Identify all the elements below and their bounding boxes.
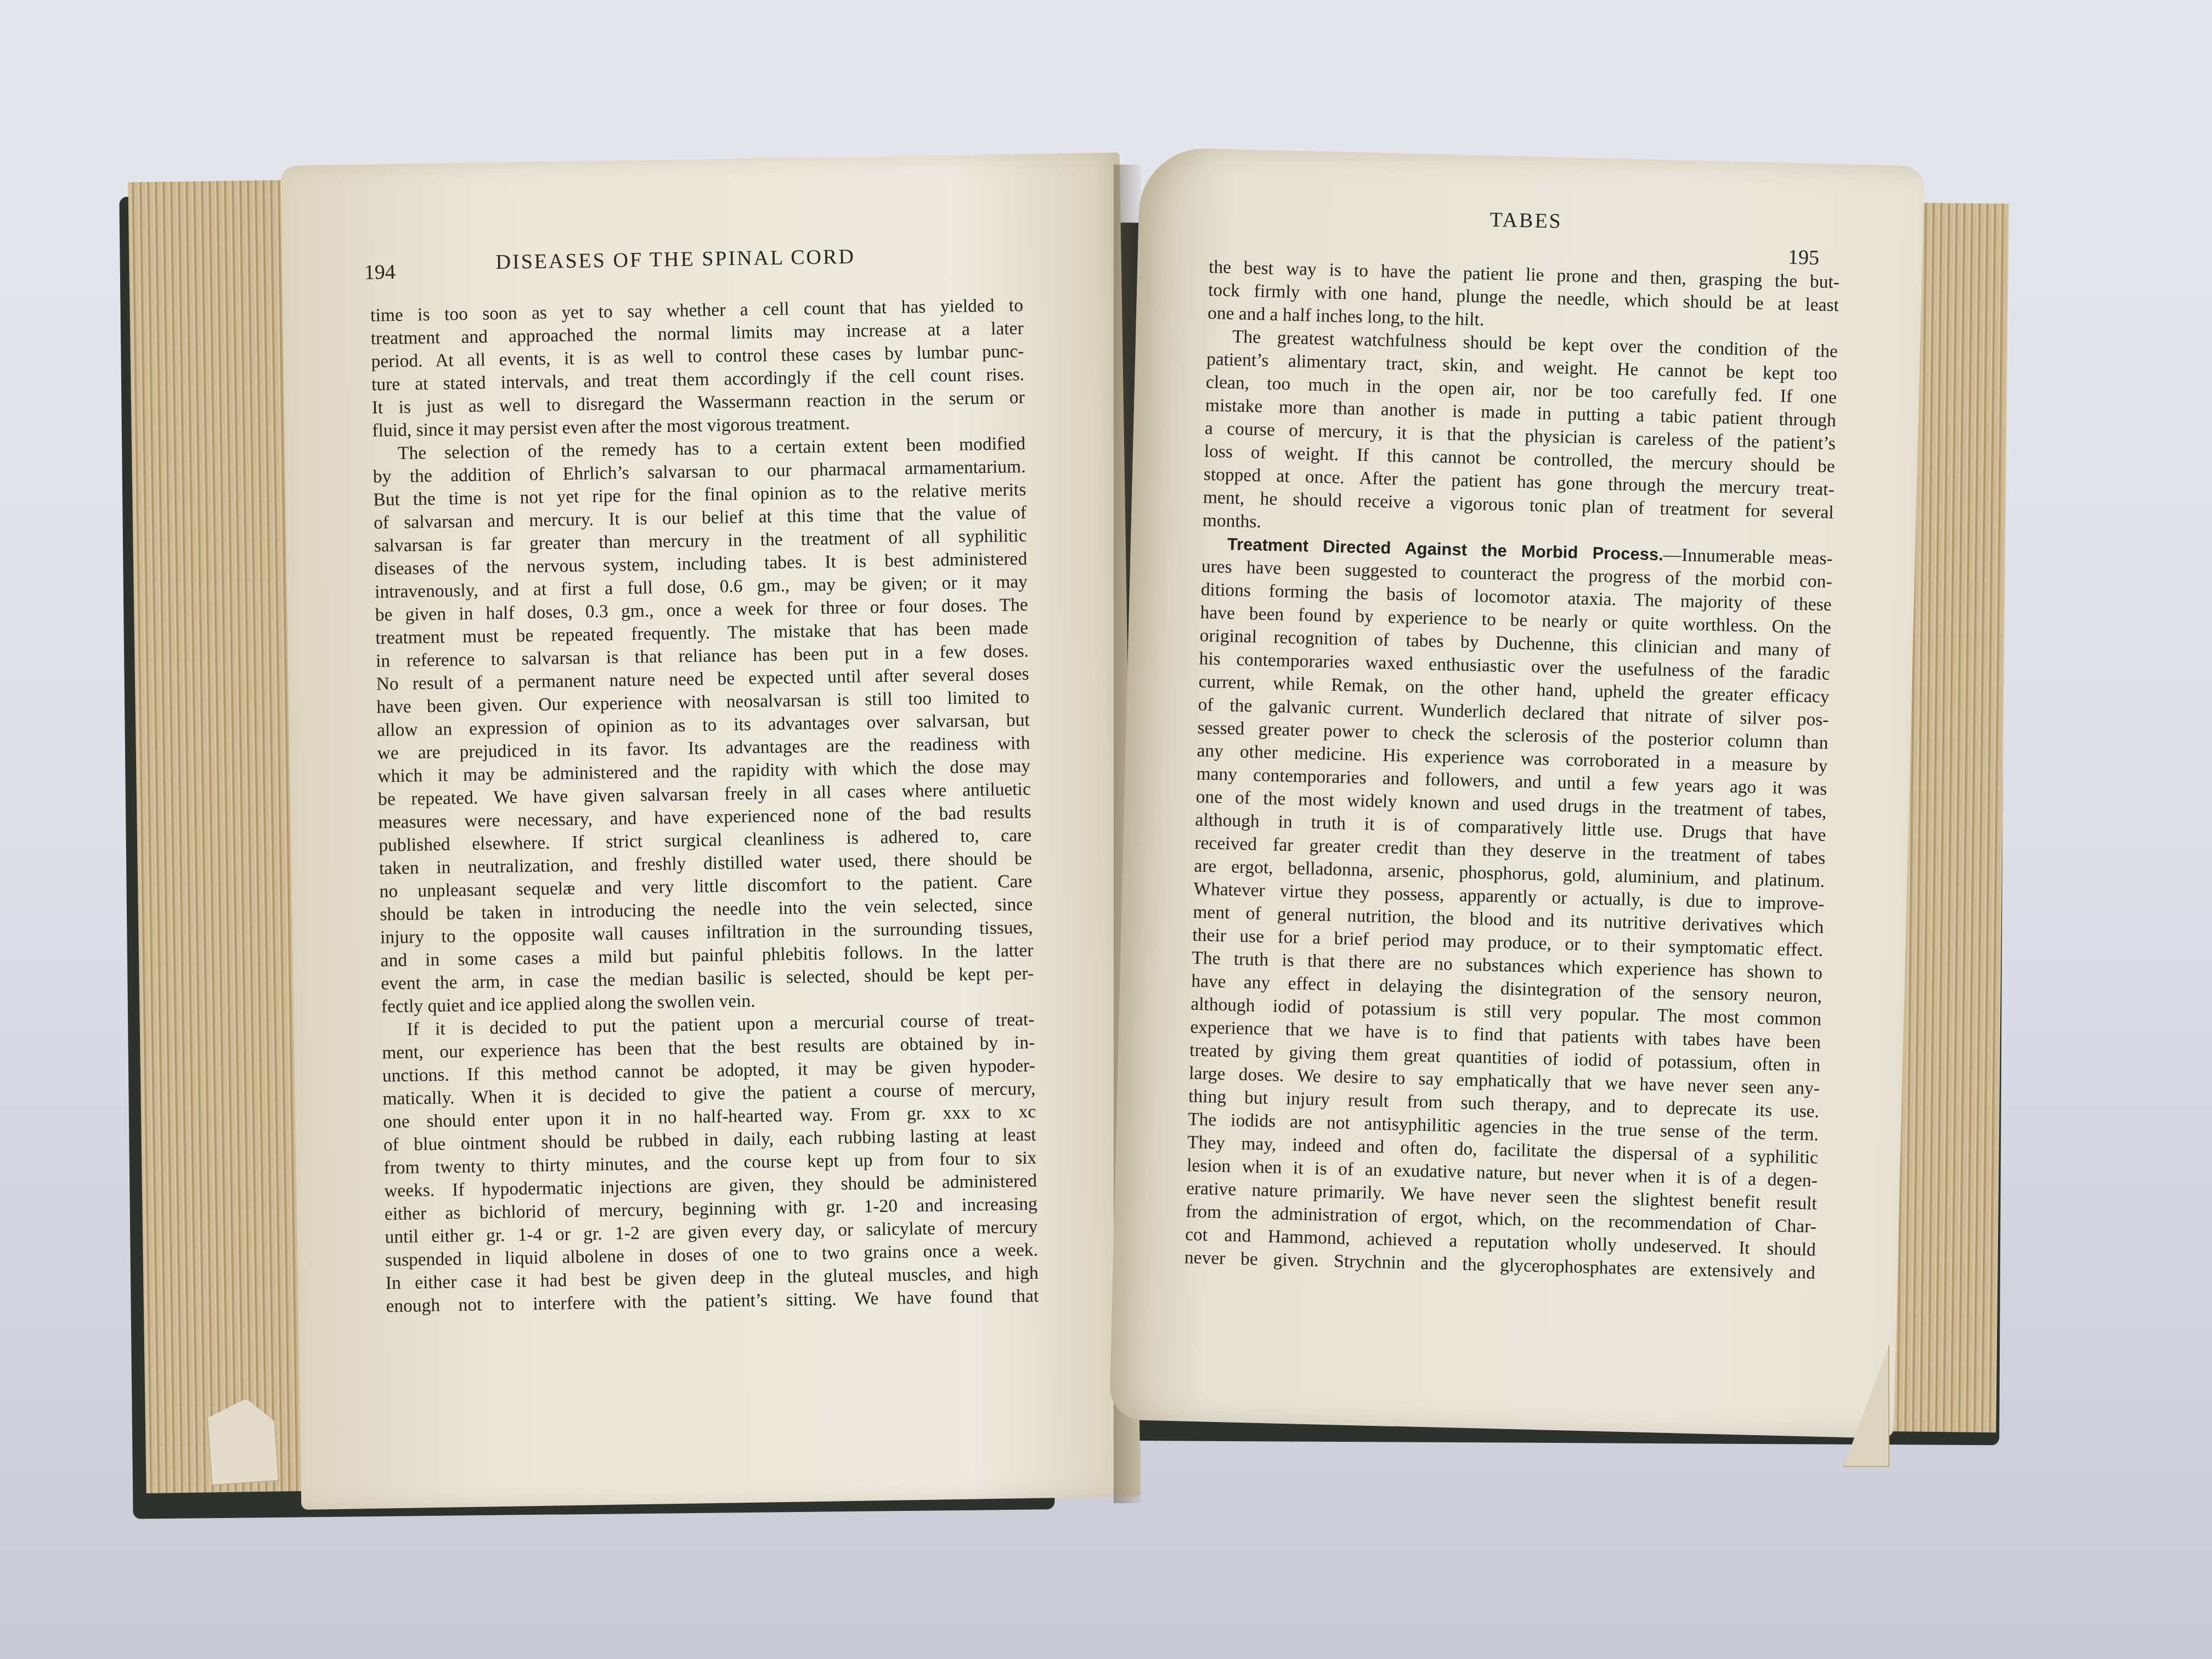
running-head-left: DISEASES OF THE SPINAL CORD	[495, 245, 855, 274]
left-page-body: time is too soon as yet to say whether a…	[370, 294, 1039, 1318]
right-page: TABES 195 the best way is to have the pa…	[1109, 147, 1925, 1438]
open-book-photo: 194 DISEASES OF THE SPINAL CORD time is …	[0, 0, 2212, 1659]
right-page-body: the best way is to have the patient lie …	[1184, 256, 1840, 1285]
page-number-left: 194	[364, 260, 396, 285]
running-head-right: TABES	[1489, 207, 1562, 233]
left-page: 194 DISEASES OF THE SPINAL CORD time is …	[280, 153, 1141, 1510]
page-number-right: 195	[1787, 245, 1819, 270]
